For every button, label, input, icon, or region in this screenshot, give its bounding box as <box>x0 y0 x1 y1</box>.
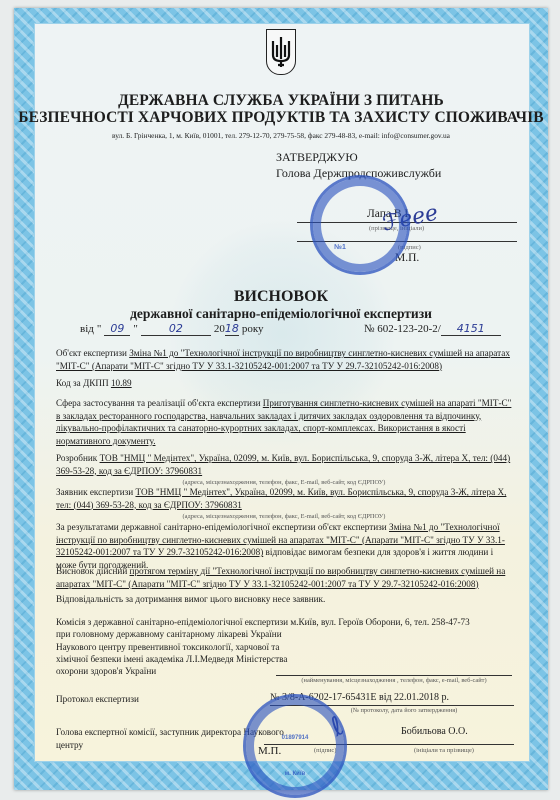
responsibility-note: Відповідальність за дотримання вимог цьо… <box>56 593 512 606</box>
signoff-position-line1: Голова експертної комісії, заступник дир… <box>56 726 268 739</box>
number-prefix: № 602-123-20-2/ <box>364 323 441 335</box>
field-object: Об'єкт експертизи Зміна №1 до "Технологі… <box>56 347 512 372</box>
agency-address: вул. Б. Грінченка, 1, м. Київ, 01001, те… <box>14 131 548 140</box>
document-date: від "09" 02 2018 року <box>80 322 264 336</box>
year-word: року <box>242 323 264 335</box>
year-suffix: 18 <box>225 322 239 336</box>
object-label: Об'єкт експертизи <box>56 348 127 358</box>
signoff-position-line2: центру <box>56 739 268 752</box>
stamp-number: №1 <box>334 244 346 251</box>
number-handwritten: 4151 <box>441 322 501 336</box>
date-month: 02 <box>141 322 211 336</box>
document-number: № 602-123-20-2/4151 <box>364 322 501 336</box>
emblem <box>14 29 548 75</box>
field-validity: Висновок дійсний протягом терміну дії "Т… <box>56 565 512 590</box>
validity-label: Висновок дійсний <box>56 566 127 576</box>
field-dkpp: Код за ДКПП 10.89 <box>56 377 512 390</box>
document-title: ВИСНОВОК <box>14 288 548 306</box>
stamp-city: м. Київ <box>282 769 309 779</box>
commission-line2: при головному державному санітарному лік… <box>56 628 512 640</box>
approval-stamp: №1 <box>310 175 410 275</box>
signoff-name: Бобильова О.О. <box>401 726 468 737</box>
commission-stamp-text: 01897914 м. Київ <box>282 713 309 779</box>
stamp-code: 01897914 <box>282 733 309 743</box>
signoff-position: Голова експертної комісії, заступник дир… <box>56 726 268 751</box>
year-prefix: 20 <box>214 323 225 335</box>
field-developer: Розробник ТОВ "НМЦ " Медінтех", Україна,… <box>56 452 512 490</box>
developer-label: Розробник <box>56 453 97 463</box>
field-result: За результатами державної санітарно-епід… <box>56 521 512 571</box>
dkpp-value: 10.89 <box>111 378 132 388</box>
scope-label: Сфера застосування та реалізації об'єкта… <box>56 398 261 408</box>
agency-name-line1: ДЕРЖАВНА СЛУЖБА УКРАЇНИ З ПИТАНЬ <box>14 92 548 109</box>
commission-line4: хімічної безпеки імені академіка Л.І.Мед… <box>56 653 512 665</box>
signoff-name-caption: (ініціали та прізвище) <box>414 747 474 754</box>
commission-block: Комісія з державної санітарно-епідеміоло… <box>56 616 512 677</box>
developer-value: ТОВ "НМЦ " Медінтех", Україна, 02099, м.… <box>56 453 510 476</box>
field-applicant: Заявник експертизи ТОВ "НМЦ " Медінтех",… <box>56 486 512 524</box>
field-scope: Сфера застосування та реалізації об'єкта… <box>56 397 512 447</box>
protocol-caption: (№ протоколу, дата його затвердження) <box>314 707 494 714</box>
dkpp-label: Код за ДКПП <box>56 378 109 388</box>
trident-coat-of-arms-icon <box>266 29 296 75</box>
agency-name: ДЕРЖАВНА СЛУЖБА УКРАЇНИ З ПИТАНЬ БЕЗПЕЧН… <box>14 92 548 126</box>
commission-caption: (найменування, місцезнаходження , телефо… <box>276 677 512 684</box>
date-prefix: від <box>80 323 94 335</box>
document-subtitle: державної санітарно-епідеміологічної екс… <box>14 306 548 322</box>
certificate-page: ДЕРЖАВНА СЛУЖБА УКРАЇНИ З ПИТАНЬ БЕЗПЕЧН… <box>14 8 548 790</box>
applicant-label: Заявник експертизи <box>56 487 133 497</box>
commission-stamp: 01897914 м. Київ <box>243 694 347 798</box>
result-prefix: За результатами державної санітарно-епід… <box>56 522 387 532</box>
commission-line1: Комісія з державної санітарно-епідеміоло… <box>56 616 512 628</box>
commission-line <box>276 675 512 676</box>
approve-label: ЗАТВЕРДЖУЮ <box>276 149 441 165</box>
commission-line3: Наукового центру превентивної токсиколог… <box>56 641 512 653</box>
agency-name-line2: БЕЗПЕЧНОСТІ ХАРЧОВИХ ПРОДУКТІВ ТА ЗАХИСТ… <box>14 109 548 126</box>
date-day: 09 <box>104 322 130 336</box>
